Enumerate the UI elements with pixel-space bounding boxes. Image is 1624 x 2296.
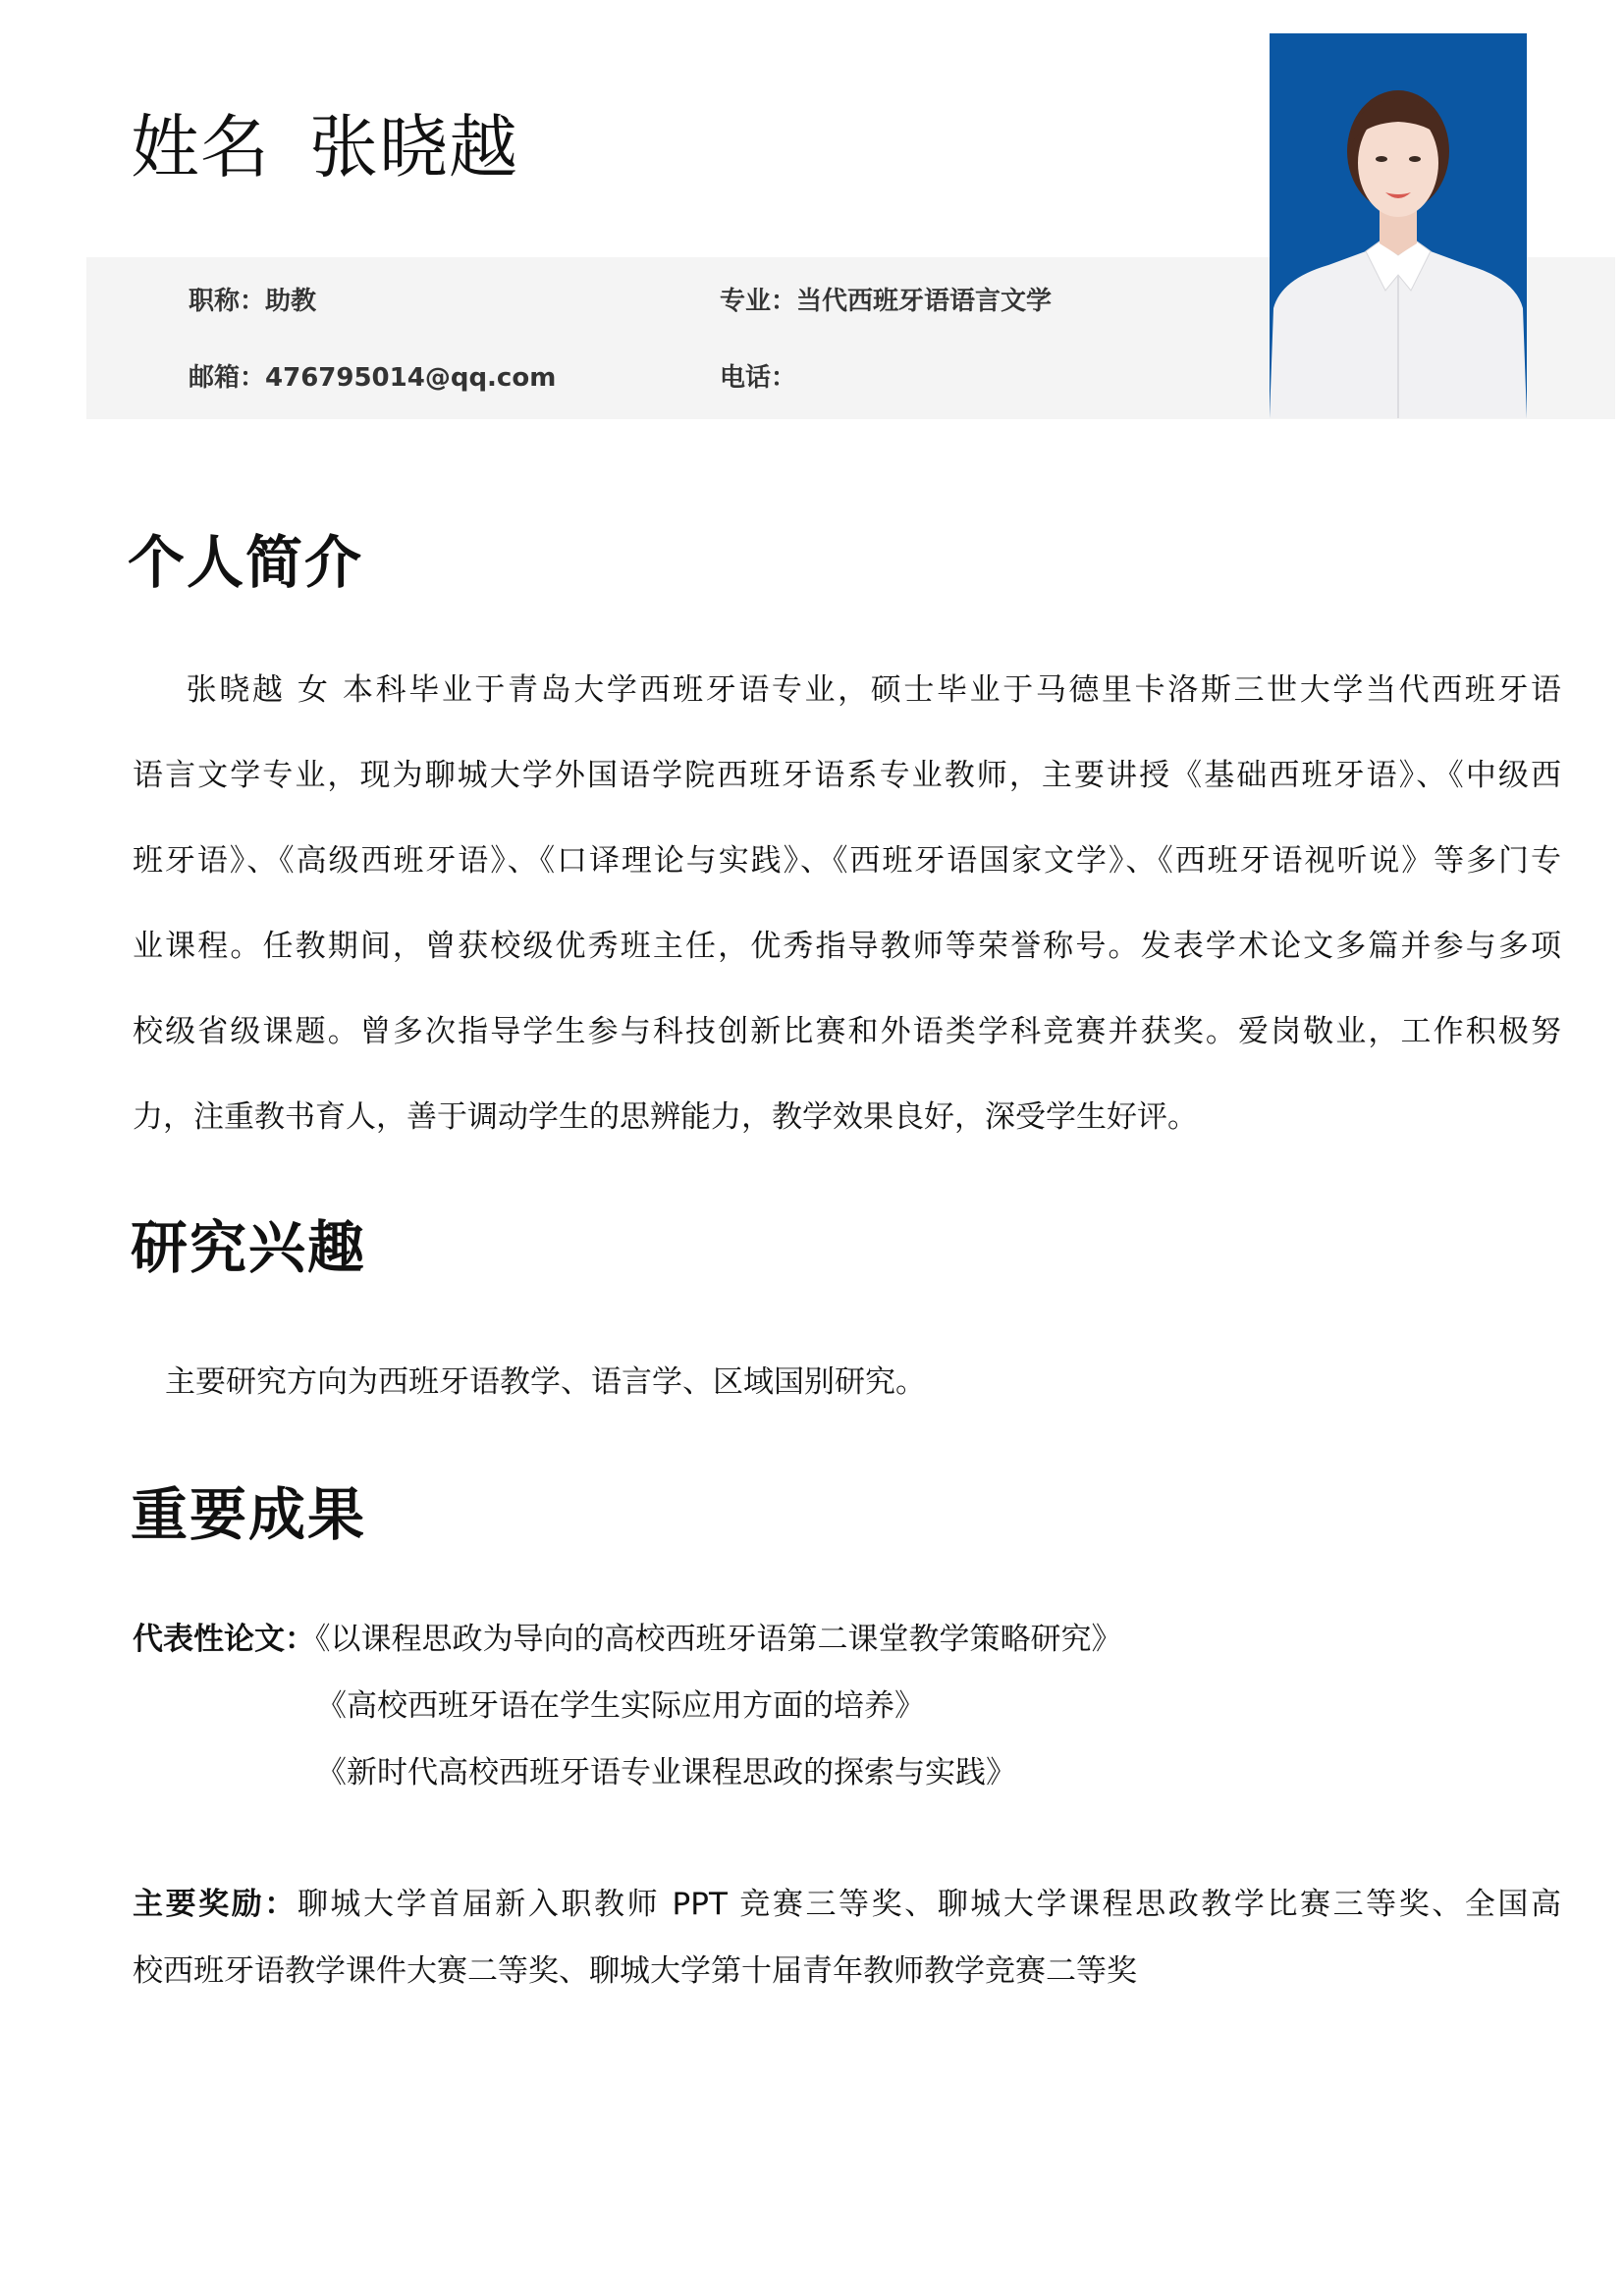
info-phone-label: 电话： — [720, 363, 796, 393]
portrait-photo — [1270, 33, 1527, 418]
bio-line: 语言文学专业，现为聊城大学外国语学院西班牙语系专业教师，主要讲授《基础西班牙语》… — [133, 733, 1561, 819]
section-heading-achievements: 重要成果 — [131, 1482, 366, 1547]
bio-line: 班牙语》、《高级西班牙语》、《口译理论与实践》、《西班牙语国家文学》、《西班牙语… — [133, 819, 1561, 904]
awards-label: 主要奖励： — [133, 1887, 298, 1922]
paper-row: 《高校西班牙语在学生实际应用方面的培养》 — [133, 1673, 1122, 1739]
papers-list: 代表性论文：《以课程思政为导向的高校西班牙语第二课堂教学策略研究》 《高校西班牙… — [133, 1606, 1122, 1806]
awards-text: 聊城大学首届新入职教师 PPT 竞赛三等奖、聊城大学课程思政教学比赛三等奖、全国… — [298, 1887, 1561, 1922]
paper-title: 《高校西班牙语在学生实际应用方面的培养》 — [316, 1688, 925, 1724]
bio-line: 校级省级课题。曾多次指导学生参与科技创新比赛和外语类学科竞赛并获奖。爱岗敬业，工… — [133, 989, 1561, 1075]
name-title: 姓名张晓越 — [131, 106, 518, 188]
info-major: 专业：当代西班牙语语言文学 — [720, 286, 1052, 317]
portrait-image — [1270, 33, 1527, 418]
info-title: 职称：助教 — [189, 286, 316, 317]
section-heading-bio: 个人简介 — [128, 530, 363, 595]
paper-row: 代表性论文：《以课程思政为导向的高校西班牙语第二课堂教学策略研究》 — [133, 1606, 1122, 1673]
name-value: 张晓越 — [309, 107, 518, 187]
paper-title: 《以课程思政为导向的高校西班牙语第二课堂教学策略研究》 — [315, 1622, 1122, 1657]
bio-paragraph: 张晓越 女 本科毕业于青岛大学西班牙语专业，硕士毕业于马德里卡洛斯三世大学当代西… — [133, 648, 1561, 1160]
papers-label: 代表性论文： — [133, 1622, 315, 1657]
info-phone: 电话： — [720, 362, 796, 394]
section-heading-research: 研究兴趣 — [131, 1215, 366, 1280]
info-title-label: 职称： — [189, 287, 265, 316]
info-email-label: 邮箱： — [189, 363, 265, 393]
paper-row: 《新时代高校西班牙语专业课程思政的探索与实践》 — [133, 1739, 1122, 1806]
name-label: 姓名 — [131, 107, 270, 187]
bio-line: 张晓越 女 本科毕业于青岛大学西班牙语专业，硕士毕业于马德里卡洛斯三世大学当代西… — [133, 648, 1561, 733]
awards-block: 主要奖励：聊城大学首届新入职教师 PPT 竞赛三等奖、聊城大学课程思政教学比赛三… — [133, 1871, 1561, 2004]
info-title-value: 助教 — [265, 287, 316, 316]
info-email: 邮箱：476795014@qq.com — [189, 362, 556, 394]
awards-row: 主要奖励：聊城大学首届新入职教师 PPT 竞赛三等奖、聊城大学课程思政教学比赛三… — [133, 1871, 1561, 1938]
info-major-label: 专业： — [720, 287, 796, 316]
bio-line: 业课程。任教期间，曾获校级优秀班主任，优秀指导教师等荣誉称号。发表学术论文多篇并… — [133, 904, 1561, 989]
bio-line-text: 张晓越 女 本科毕业于青岛大学西班牙语专业，硕士毕业于马德里卡洛斯三世大学当代西… — [184, 672, 1561, 708]
bio-line: 力，注重教书育人，善于调动学生的思辨能力，教学效果良好，深受学生好评。 — [133, 1075, 1561, 1160]
paper-title: 《新时代高校西班牙语专业课程思政的探索与实践》 — [316, 1755, 1016, 1790]
info-major-value: 当代西班牙语语言文学 — [796, 287, 1052, 316]
awards-row: 校西班牙语教学课件大赛二等奖、聊城大学第十届青年教师教学竞赛二等奖 — [133, 1938, 1561, 2004]
research-text: 主要研究方向为西班牙语教学、语言学、区域国别研究。 — [165, 1362, 926, 1402]
info-email-value: 476795014@qq.com — [265, 363, 556, 393]
